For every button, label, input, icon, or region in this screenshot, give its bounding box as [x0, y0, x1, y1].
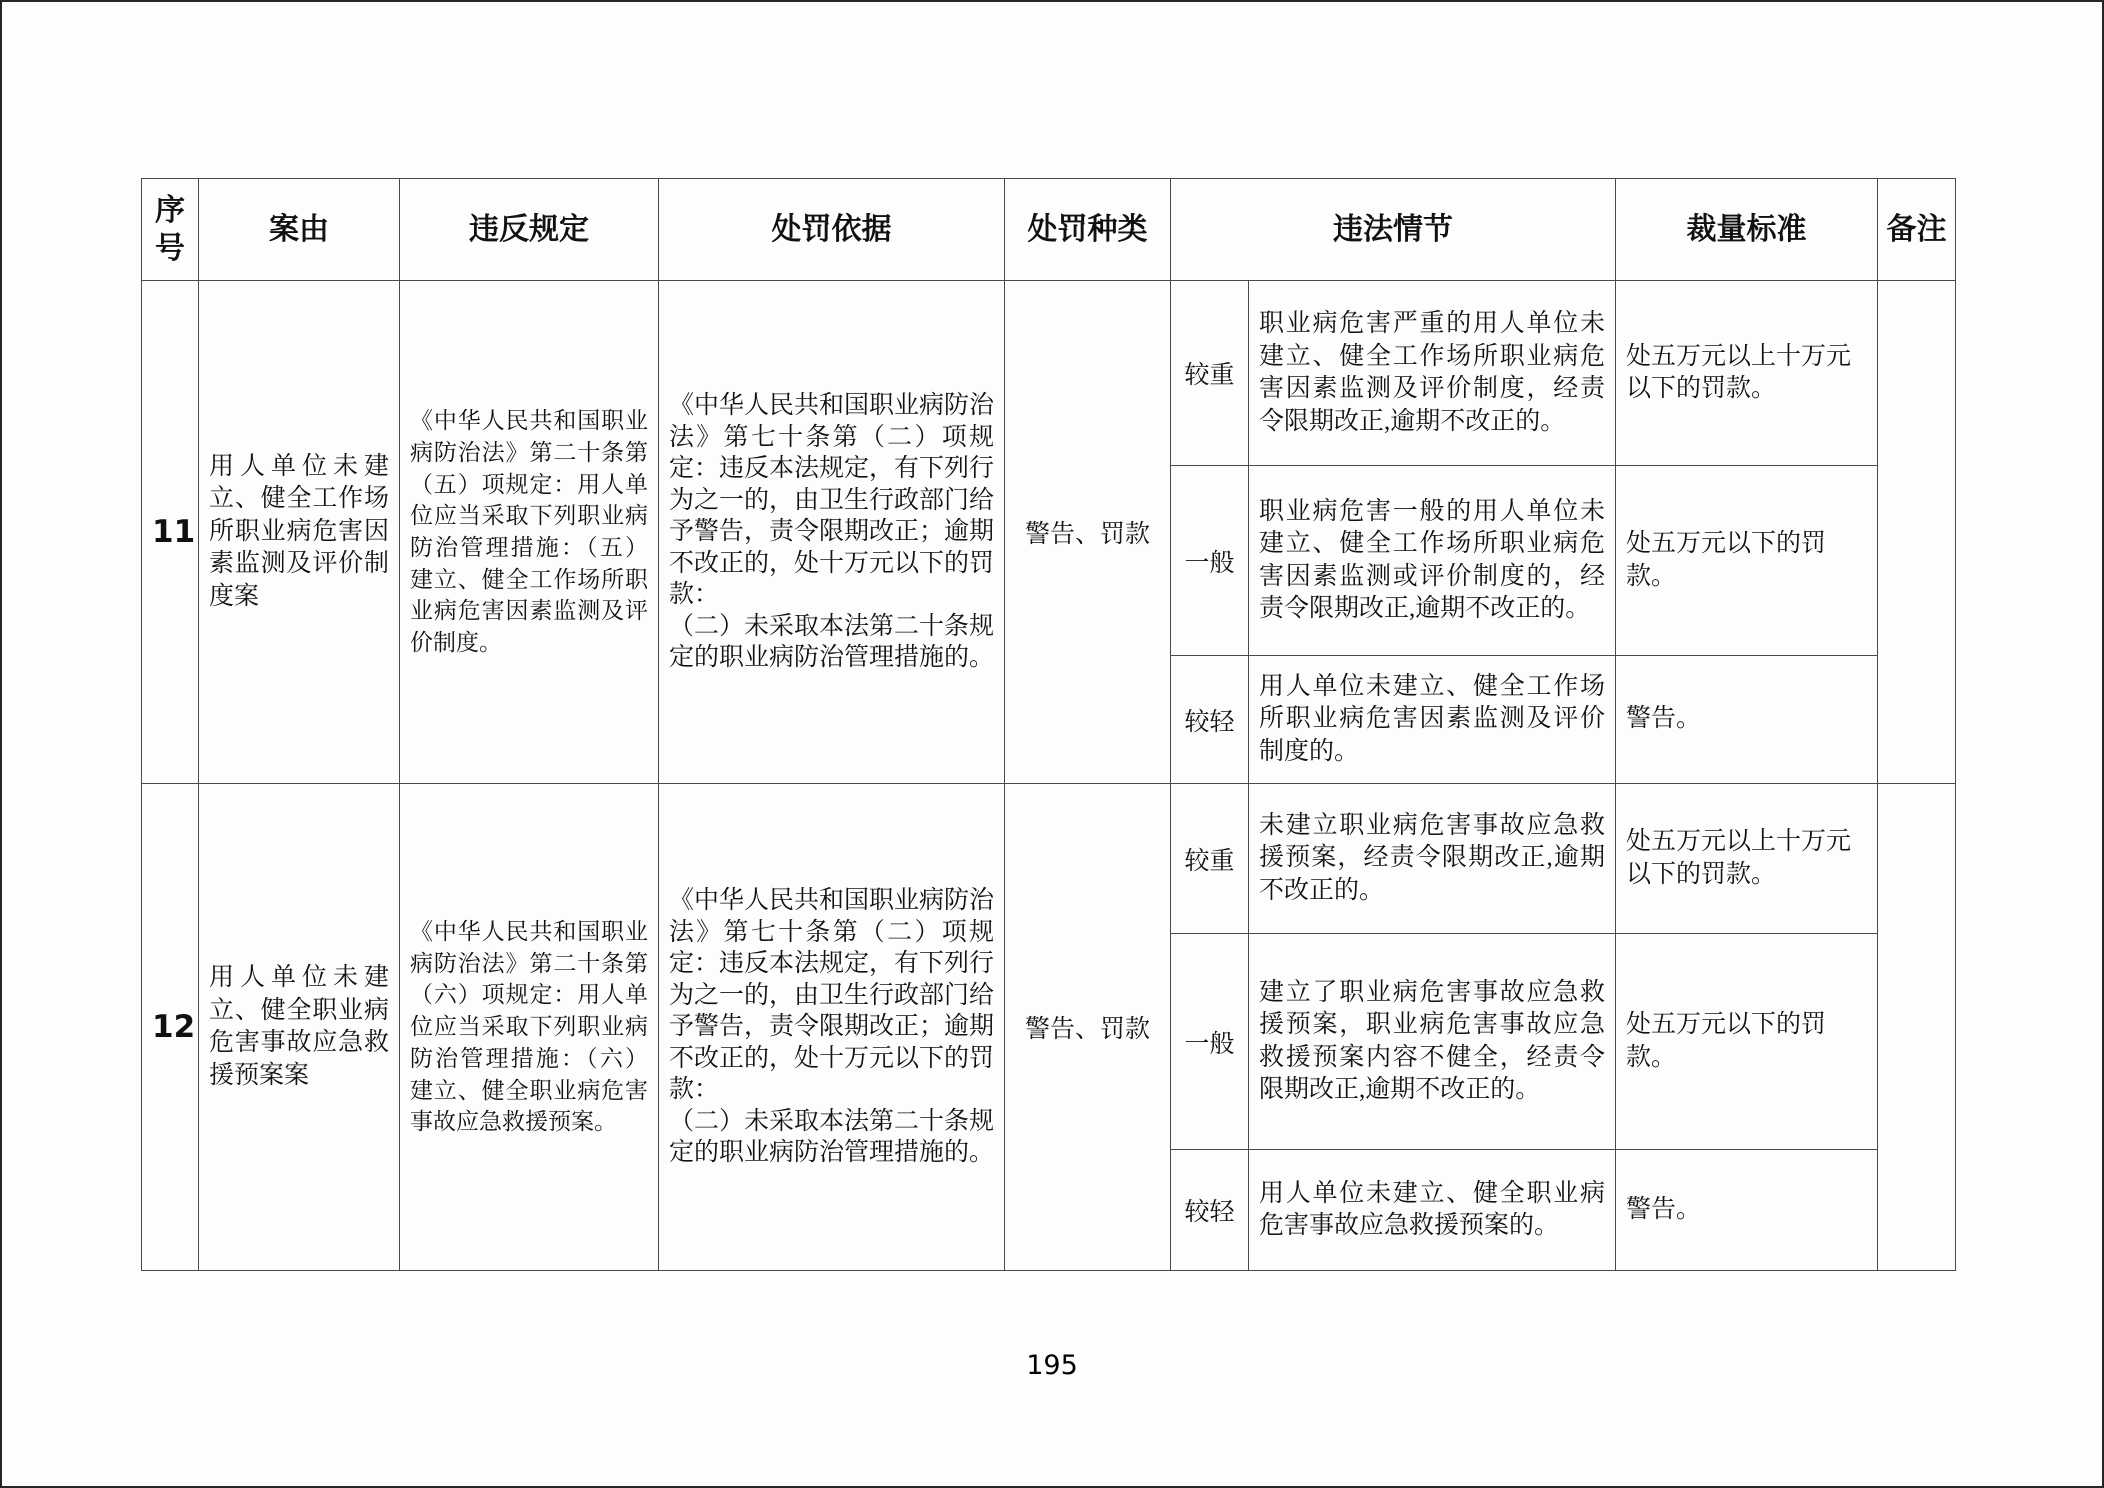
header-index: 序号: [142, 179, 199, 281]
row12-standard-minor: 警告。: [1616, 1150, 1878, 1271]
row12-remark: [1878, 784, 1956, 1271]
row12-penalty-basis: 《中华人民共和国职业病防治法》第七十条第（二）项规定：违反本法规定，有下列行为之…: [659, 784, 1005, 1271]
row12-desc-minor: 用人单位未建立、健全职业病危害事故应急救援预案的。: [1249, 1150, 1616, 1271]
table-row: 11 用人单位未建立、健全工作场所职业病危害因素监测及评价制度案 《中华人民共和…: [142, 281, 1956, 466]
row11-violated-provision: 《中华人民共和国职业病防治法》第二十条第（五）项规定：用人单位应当采取下列职业病…: [400, 281, 659, 784]
row11-standard-minor: 警告。: [1616, 656, 1878, 784]
row11-remark: [1878, 281, 1956, 784]
row11-cause: 用人单位未建立、健全工作场所职业病危害因素监测及评价制度案: [199, 281, 400, 784]
row12-desc-general: 建立了职业病危害事故应急救援预案，职业病危害事故应急救援预案内容不健全，经责令限…: [1249, 934, 1616, 1150]
header-penalty-type: 处罚种类: [1005, 179, 1171, 281]
row11-level-general: 一般: [1171, 466, 1249, 656]
header-violated: 违反规定: [400, 179, 659, 281]
row12-level-severe: 较重: [1171, 784, 1249, 934]
row11-desc-general: 职业病危害一般的用人单位未建立、健全工作场所职业病危害因素监测或评价制度的，经责…: [1249, 466, 1616, 656]
row11-standard-severe: 处五万元以上十万元以下的罚款。: [1616, 281, 1878, 466]
row12-penalty-type: 警告、罚款: [1005, 784, 1171, 1271]
row12-standard-severe: 处五万元以上十万元以下的罚款。: [1616, 784, 1878, 934]
row11-desc-severe: 职业病危害严重的用人单位未建立、健全工作场所职业病危害因素监测及评价制度，经责令…: [1249, 281, 1616, 466]
table-row: 12 用人单位未建立、健全职业病危害事故应急救援预案案 《中华人民共和国职业病防…: [142, 784, 1956, 934]
row11-desc-minor: 用人单位未建立、健全工作场所职业病危害因素监测及评价制度的。: [1249, 656, 1616, 784]
row11-penalty-basis: 《中华人民共和国职业病防治法》第七十条第（二）项规定：违反本法规定，有下列行为之…: [659, 281, 1005, 784]
row12-standard-general: 处五万元以下的罚款。: [1616, 934, 1878, 1150]
row11-level-severe: 较重: [1171, 281, 1249, 466]
penalty-discretion-table: 序号 案由 违反规定 处罚依据 处罚种类 违法情节 裁量标准 备注 11 用人单…: [141, 178, 1956, 1271]
row12-index: 12: [142, 784, 199, 1271]
row11-level-minor: 较轻: [1171, 656, 1249, 784]
document-page: 序号 案由 违反规定 处罚依据 处罚种类 违法情节 裁量标准 备注 11 用人单…: [0, 0, 2104, 1488]
row11-standard-general: 处五万元以下的罚款。: [1616, 466, 1878, 656]
row12-level-general: 一般: [1171, 934, 1249, 1150]
header-basis: 处罚依据: [659, 179, 1005, 281]
row12-cause: 用人单位未建立、健全职业病危害事故应急救援预案案: [199, 784, 400, 1271]
row12-desc-severe: 未建立职业病危害事故应急救援预案，经责令限期改正,逾期不改正的。: [1249, 784, 1616, 934]
table-header-row: 序号 案由 违反规定 处罚依据 处罚种类 违法情节 裁量标准 备注: [142, 179, 1956, 281]
header-circumstances: 违法情节: [1171, 179, 1616, 281]
row12-violated-provision: 《中华人民共和国职业病防治法》第二十条第（六）项规定：用人单位应当采取下列职业病…: [400, 784, 659, 1271]
row11-penalty-type: 警告、罚款: [1005, 281, 1171, 784]
header-cause: 案由: [199, 179, 400, 281]
header-remark: 备注: [1878, 179, 1956, 281]
header-standard: 裁量标准: [1616, 179, 1878, 281]
page-number: 195: [2, 1350, 2102, 1381]
row12-level-minor: 较轻: [1171, 1150, 1249, 1271]
row11-index: 11: [142, 281, 199, 784]
